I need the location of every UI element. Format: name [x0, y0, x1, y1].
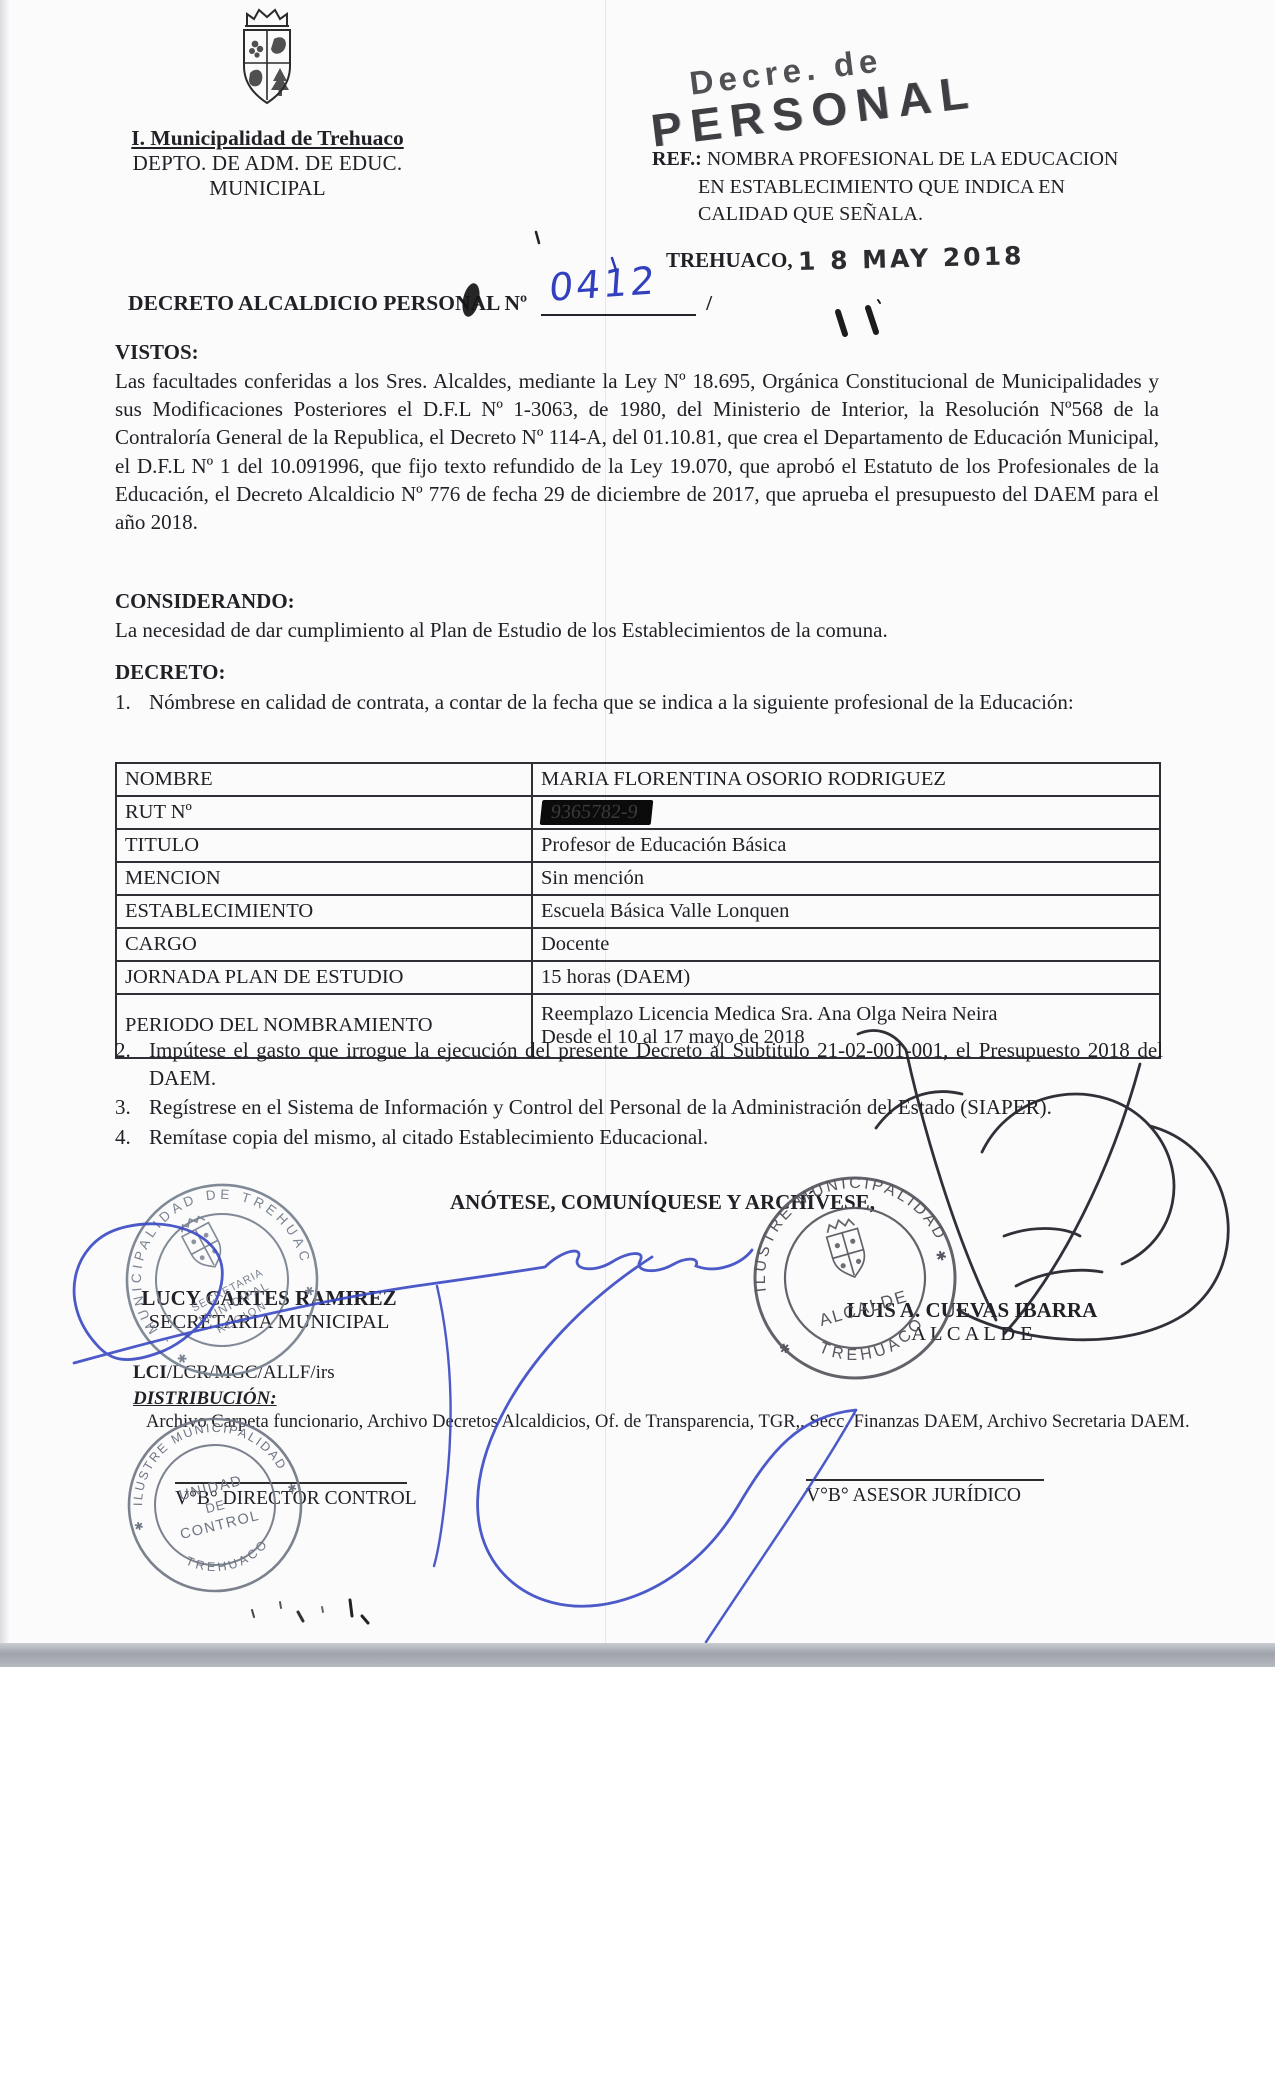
table-row: JORNADA PLAN DE ESTUDIO 15 horas (DAEM) — [116, 961, 1160, 994]
row-value-line-1: Reemplazo Licencia Medica Sra. Ana Olga … — [541, 1003, 1151, 1026]
org-department: DEPTO. DE ADM. DE EDUC. MUNICIPAL — [90, 151, 445, 201]
ref-line-3: CALIDAD QUE SEÑALA. — [698, 201, 1168, 229]
considerando-body: La necesidad de dar cumplimiento al Plan… — [115, 616, 1159, 644]
ref-line-2: EN ESTABLECIMIENTO QUE INDICA EN — [698, 174, 1168, 202]
decree-number-label: DECRETO ALCALDICIO PERSONAL Nº — [128, 291, 527, 315]
signature-block-secretaria: LUCY CARTES RAMIREZ SECRETARIA MUNICIPAL — [138, 1286, 400, 1334]
signer-title: SECRETARIA MUNICIPAL — [138, 1311, 400, 1334]
vistos-heading: VISTOS: — [115, 340, 199, 365]
item-number: 1. — [115, 688, 149, 716]
row-value: 9365782-9 — [532, 796, 1160, 829]
distribution-list: Archivo Carpeta funcionario, Archivo Dec… — [146, 1412, 1156, 1433]
decreto-heading: DECRETO: — [115, 660, 225, 685]
signer-title: A L C A L D E — [822, 1323, 1122, 1346]
initials-bold: LCI — [133, 1362, 167, 1383]
vistos-body: Las facultades conferidas a los Sres. Al… — [115, 367, 1159, 536]
table-row: NOMBRE MARIA FLORENTINA OSORIO RODRIGUEZ — [116, 763, 1160, 796]
scan-bottom-shadow — [0, 1643, 1275, 1667]
considerando-heading: CONSIDERANDO: — [115, 589, 295, 614]
item-text: Regístrese en el Sistema de Información … — [149, 1093, 1163, 1121]
ref-line-1: NOMBRA PROFESIONAL DE LA EDUCACION — [707, 148, 1119, 170]
table-row: RUT Nº 9365782-9 — [116, 796, 1160, 829]
item-text: Nómbrese en calidad de contrata, a conta… — [149, 688, 1163, 716]
table-row: ESTABLECIMIENTO Escuela Básica Valle Lon… — [116, 895, 1160, 928]
row-value: Escuela Básica Valle Lonquen — [532, 895, 1160, 928]
table-row: TITULO Profesor de Educación Básica — [116, 829, 1160, 862]
row-value: MARIA FLORENTINA OSORIO RODRIGUEZ — [532, 763, 1160, 796]
row-value: Docente — [532, 928, 1160, 961]
row-label: TITULO — [116, 829, 532, 862]
signer-name: LUIS A. CUEVAS IBARRA — [822, 1298, 1122, 1323]
signature-block-alcalde: LUIS A. CUEVAS IBARRA A L C A L D E — [822, 1298, 1122, 1346]
place-label: TREHUACO, — [666, 248, 793, 273]
item-text: Impútese el gasto que irrogue la ejecuci… — [149, 1036, 1163, 1092]
item-text: Remítase copia del mismo, al citado Esta… — [149, 1123, 1163, 1151]
ref-block: REF.: NOMBRA PROFESIONAL DE LA EDUCACION… — [652, 146, 1168, 229]
decreto-item-1: 1. Nómbrese en calidad de contrata, a co… — [115, 688, 1163, 717]
decree-number-field: 0412 — [541, 288, 696, 316]
row-label: MENCION — [116, 862, 532, 895]
closing-formula: ANÓTESE, COMUNÍQUESE Y ARCHÍVESE, — [450, 1190, 875, 1215]
handwritten-number: 0412 — [548, 258, 660, 310]
item-number: 2. — [115, 1036, 149, 1092]
scan-left-shadow — [0, 0, 10, 1645]
decreto-items-2-4: 2. Impútese el gasto que irrogue la ejec… — [115, 1036, 1163, 1152]
vb-asesor-juridico: V°B° ASESOR JURÍDICO — [806, 1479, 1044, 1507]
row-label: NOMBRE — [116, 763, 532, 796]
redacted-rut: 9365782-9 — [540, 800, 653, 825]
decree-number-line: DECRETO ALCALDICIO PERSONAL Nº0412/ — [128, 288, 712, 316]
org-name: I. Municipalidad de Trehuaco — [90, 126, 445, 151]
row-value: 15 horas (DAEM) — [532, 961, 1160, 994]
row-label: ESTABLECIMIENTO — [116, 895, 532, 928]
table-row: CARGO Docente — [116, 928, 1160, 961]
municipal-coat-of-arms — [216, 6, 318, 124]
signer-name: LUCY CARTES RAMIREZ — [138, 1286, 400, 1311]
item-number: 3. — [115, 1093, 149, 1121]
vb-director-control: V°B° DIRECTOR CONTROL — [175, 1482, 407, 1510]
row-value: Sin mención — [532, 862, 1160, 895]
initials-rest: /LCR/MGC/ALLF/irs — [167, 1362, 335, 1383]
row-label: CARGO — [116, 928, 532, 961]
row-value: Profesor de Educación Básica — [532, 829, 1160, 862]
distribution-heading: DISTRIBUCIÓN: — [133, 1388, 277, 1410]
row-label: JORNADA PLAN DE ESTUDIO — [116, 961, 532, 994]
document-page: I. Municipalidad de Trehuaco DEPTO. DE A… — [0, 0, 1275, 2100]
item-number: 4. — [115, 1123, 149, 1151]
date-stamp: 1 8 MAY 2018 — [798, 241, 1025, 276]
table-row: MENCION Sin mención — [116, 862, 1160, 895]
appointment-table: NOMBRE MARIA FLORENTINA OSORIO RODRIGUEZ… — [115, 762, 1161, 1059]
decree-number-suffix: / — [706, 291, 712, 315]
ref-label: REF.: — [652, 148, 702, 170]
row-label: RUT Nº — [116, 796, 532, 829]
responsibility-initials: LCI/LCR/MGC/ALLF/irs — [133, 1362, 335, 1384]
